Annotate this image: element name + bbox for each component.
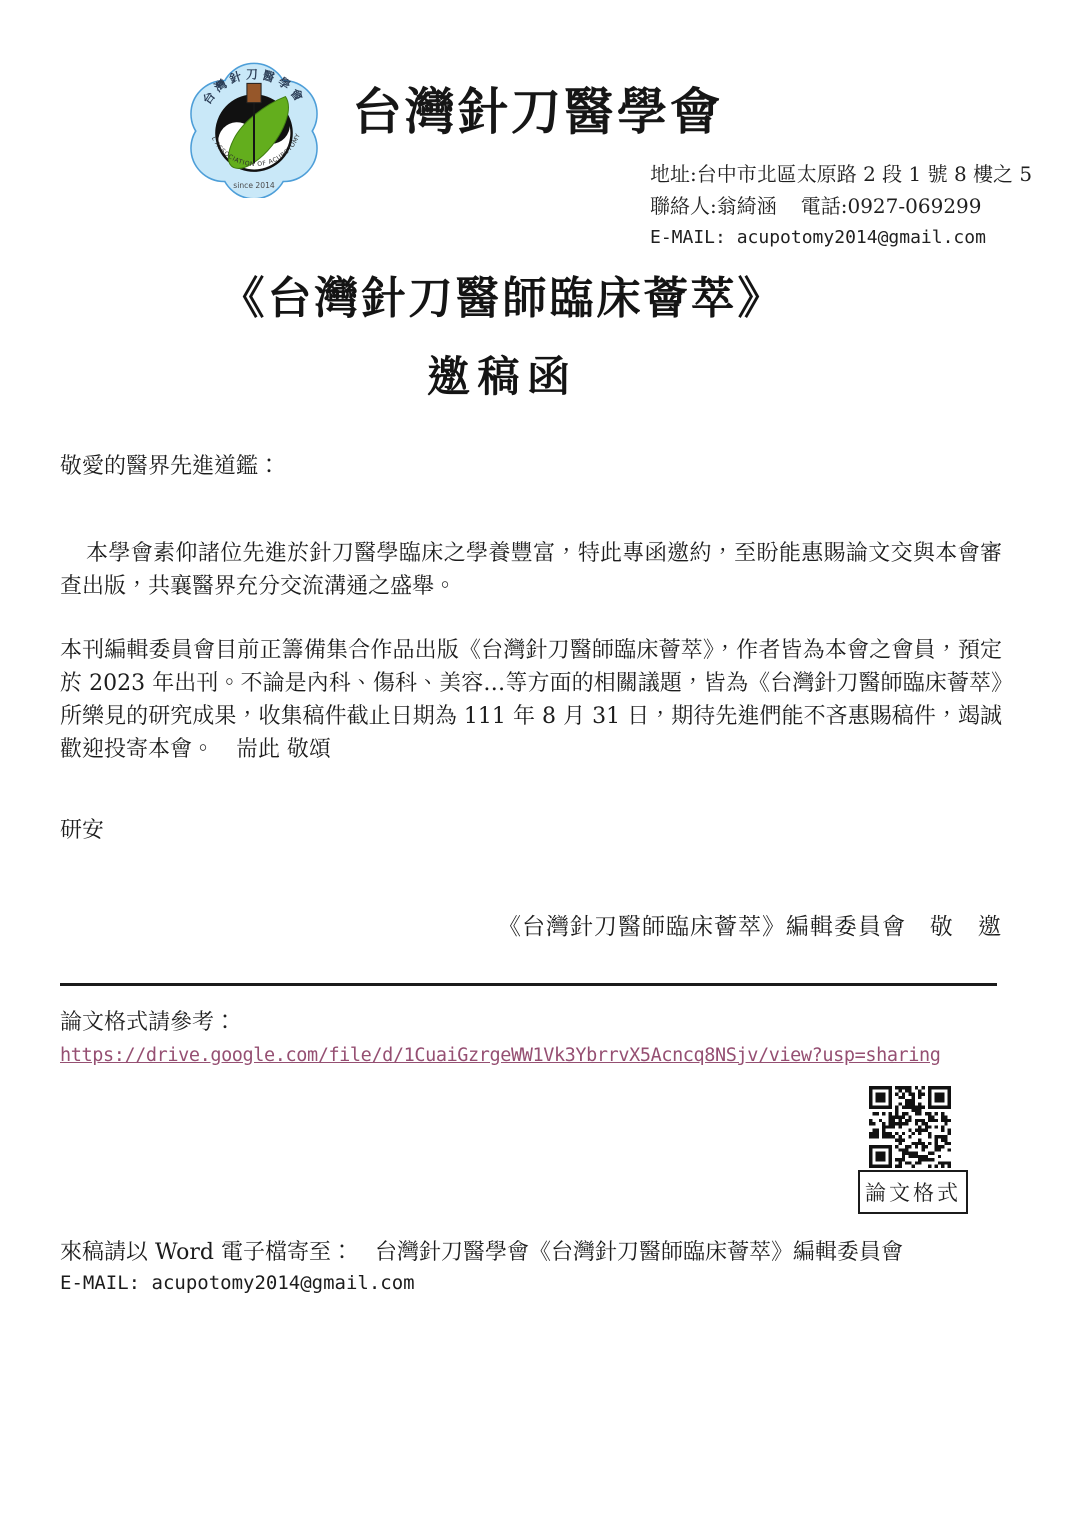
address-line: 地址:台中市北區太原路 2 段 1 號 8 樓之 5 xyxy=(650,158,1050,190)
qr-caption: 論文格式 xyxy=(865,1177,961,1207)
format-reference-label: 論文格式請參考： xyxy=(60,1005,236,1036)
paper-format-link[interactable]: https://drive.google.com/file/d/1CuaiGzr… xyxy=(60,1045,941,1066)
paragraph-invitation: 本學會素仰諸位先進於針刀醫學臨床之學養豐富，特此專函邀約，至盼能惠賜論文交與本會… xyxy=(60,537,1002,603)
header-email: E-MAIL: acupotomy2014@gmail.com xyxy=(650,222,1050,254)
phone-number: 電話:0927-069299 xyxy=(801,190,982,222)
contact-block: 地址:台中市北區太原路 2 段 1 號 8 樓之 5 聯絡人:翁綺涵 電話:09… xyxy=(650,158,1050,254)
submission-instruction: 來稿請以 Word 電子檔寄至： 台灣針刀醫學會《台灣針刀醫師臨床薈萃》編輯委員… xyxy=(60,1235,903,1266)
salutation: 敬愛的醫界先進道鑑： xyxy=(60,450,1002,483)
logo-since-badge: since 2014 xyxy=(233,181,275,190)
letter-type-title: 邀稿函 xyxy=(0,344,1005,404)
spacer xyxy=(777,190,801,222)
org-name-heading: 台灣針刀醫學會 xyxy=(352,72,772,144)
contact-phone-line: 聯絡人:翁綺涵 電話:0927-069299 xyxy=(650,190,1050,222)
letter-page: 台灣針刀醫學會 AL ASSOCIATION OF ACUPOTOMY sinc… xyxy=(0,0,1076,1520)
association-logo: 台灣針刀醫學會 AL ASSOCIATION OF ACUPOTOMY sinc… xyxy=(183,56,325,198)
document-titles: 《台灣針刀醫師臨床薈萃》 邀稿函 xyxy=(0,262,1005,404)
contact-person: 聯絡人:翁綺涵 xyxy=(650,190,777,222)
qr-caption-box: 論文格式 xyxy=(858,1170,968,1214)
footer-email: E-MAIL: acupotomy2014@gmail.com xyxy=(60,1272,415,1294)
paragraph-details: 本刊編輯委員會目前正籌備集合作品出版《台灣針刀醫師臨床薈萃》，作者皆為本會之會員… xyxy=(60,634,1002,766)
qr-code xyxy=(869,1086,951,1168)
closing-word: 研安 xyxy=(60,814,1002,847)
horizontal-rule xyxy=(60,983,997,986)
signature-line: 《台灣針刀醫師臨床薈萃》編輯委員會 敬 邀 xyxy=(498,908,1002,941)
book-title: 《台灣針刀醫師臨床薈萃》 xyxy=(0,262,1005,326)
flower-emblem: 台灣針刀醫學會 AL ASSOCIATION OF ACUPOTOMY sinc… xyxy=(183,56,325,198)
